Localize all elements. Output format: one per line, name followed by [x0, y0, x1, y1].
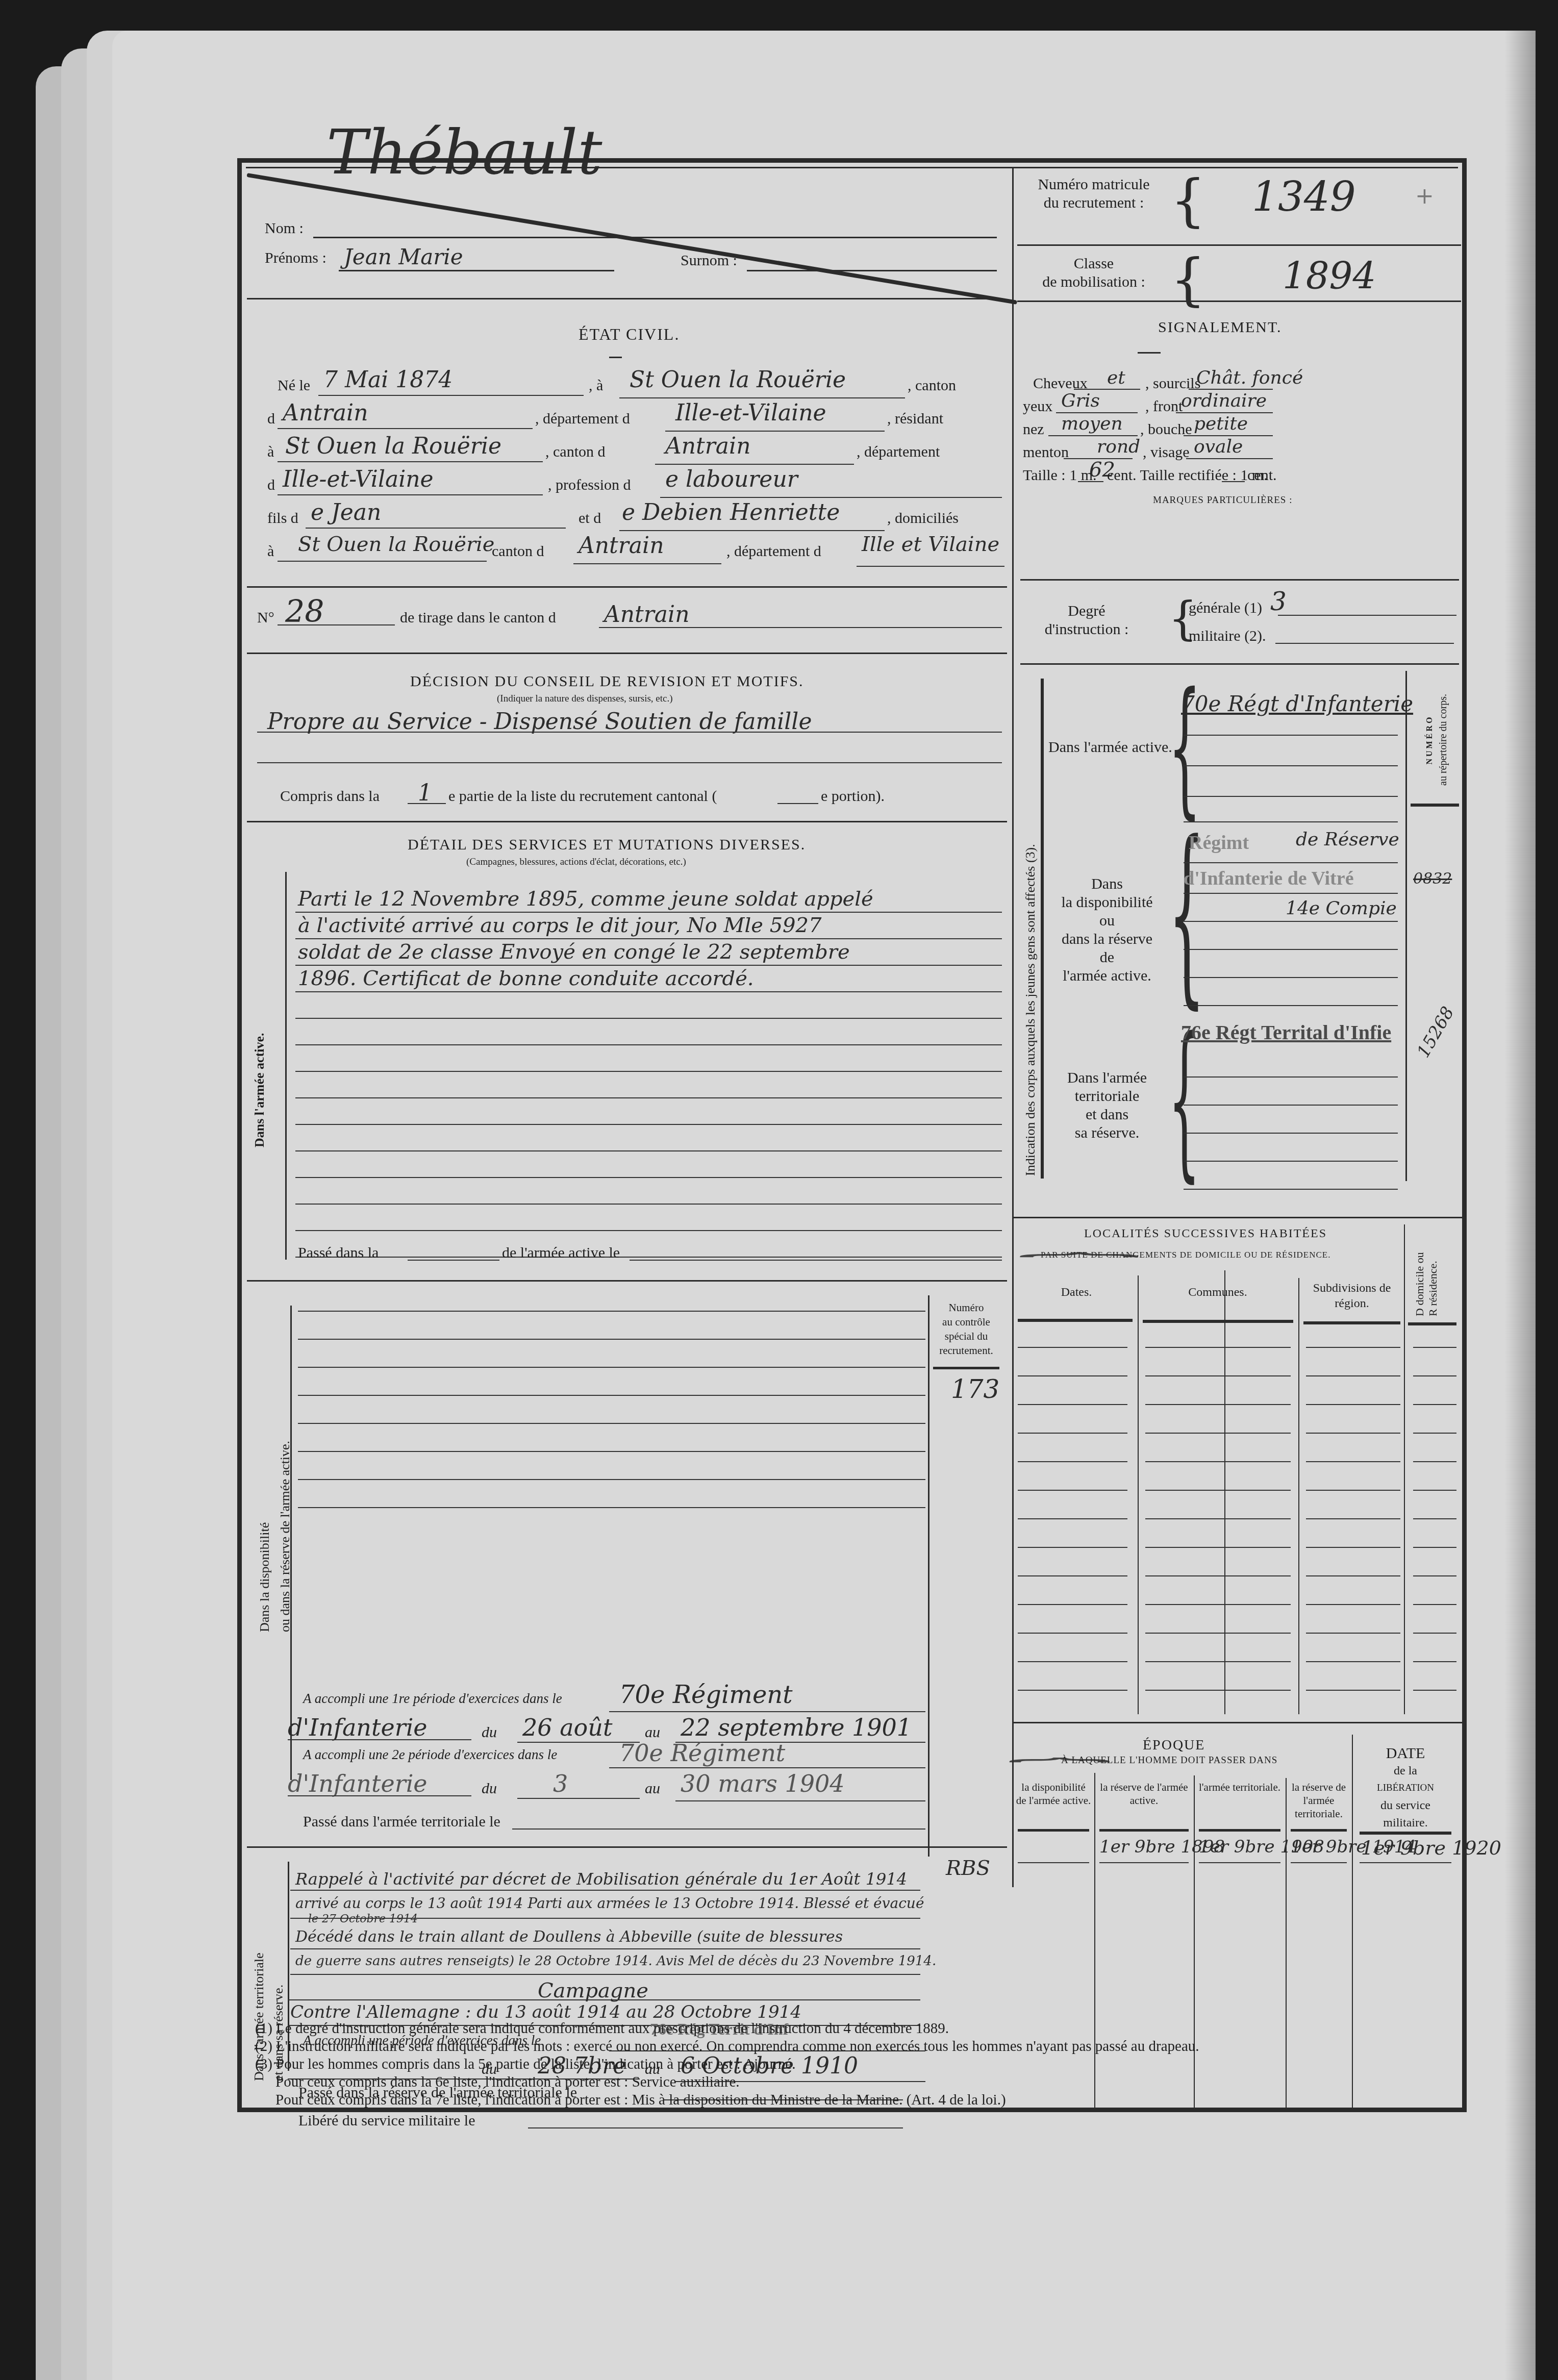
nom-label: Nom :: [265, 220, 304, 237]
dispo-stamp-2: d'Infanterie de Vitré: [1184, 867, 1354, 890]
table-row-line: [1018, 1690, 1127, 1691]
decision-value: Propre au Service - Dispensé Soutien de …: [267, 709, 812, 735]
table-row-line: [1413, 1433, 1456, 1434]
footnote: Pour ceux compris dans la 6e liste, l'in…: [275, 2074, 740, 2091]
dispo-numero: 0832: [1413, 870, 1452, 888]
dispo-label: Dans la disponibilité ou dans la réserve…: [1046, 875, 1168, 985]
table-row-line: [1145, 1661, 1291, 1662]
col-subdivisions: Subdivisions de région.: [1301, 1281, 1403, 1311]
services-title: DÉTAIL DES SERVICES ET MUTATIONS DIVERSE…: [408, 836, 806, 854]
table-row-line: [1145, 1490, 1291, 1491]
service-line: Parti le 12 Novembre 1895, comme jeune s…: [298, 887, 873, 911]
table-row-line: [1306, 1461, 1400, 1462]
table-row-line: [1306, 1633, 1400, 1634]
table-row-line: [1145, 1375, 1291, 1376]
table-row-line: [1145, 1547, 1291, 1548]
table-row-line: [1413, 1575, 1456, 1576]
periode1-regiment: 70e Régiment: [619, 1681, 793, 1709]
table-row-line: [1306, 1433, 1400, 1434]
table-row-line: [1145, 1633, 1291, 1634]
territoriale-mark: RBS: [946, 1857, 990, 1880]
periode2-du: 3: [553, 1770, 568, 1797]
marques-label: MARQUES PARTICULIÈRES :: [1153, 495, 1292, 506]
numero-controle-label: Numéro au contrôle spécial du recrutemen…: [931, 1300, 1002, 1358]
table-row-line: [1413, 1633, 1456, 1634]
table-row-line: [1018, 1518, 1127, 1519]
localites-title: LOCALITÉS SUCCESSIVES HABITÉES: [1084, 1227, 1327, 1241]
compris-partie: 1: [418, 780, 432, 806]
footnote: (3) Pour les hommes compris dans la 5e p…: [255, 2056, 795, 2073]
table-row-line: [1413, 1604, 1456, 1605]
liberation-value: 1er 9bre 1920: [1361, 1837, 1501, 1859]
territoriale-line: le 27 Octobre 1914: [308, 1913, 418, 1925]
dispo-value-1: de Réserve: [1296, 829, 1399, 850]
active-label: Dans l'armée active.: [1048, 739, 1172, 756]
dr-label: D domicile ou R résidence.: [1413, 1252, 1440, 1316]
footnote: (1) Le degré d'instruction générale sera…: [255, 2020, 949, 2037]
date-naissance: 7 Mai 1874: [323, 367, 453, 393]
territoriale-line: Décédé dans le train allant de Doullens …: [295, 1928, 843, 1946]
corps-active-value: 70e Régt d'Infanterie: [1181, 691, 1413, 716]
services-side-label: Dans l'armée active.: [252, 1033, 267, 1147]
instruction-generale-value: 3: [1270, 587, 1287, 616]
etat-civil-title: ÉTAT CIVIL.: [579, 325, 680, 344]
footnote: (2) L'instruction militaire sera indiqué…: [255, 2038, 1199, 2055]
table-row-line: [1145, 1347, 1291, 1348]
nez-value: moyen: [1061, 413, 1123, 434]
classe-value: 1894: [1283, 255, 1376, 297]
terr-label: Dans l'armée territoriale et dans sa rés…: [1046, 1069, 1168, 1142]
table-row-line: [1018, 1461, 1127, 1462]
table-row-line: [1018, 1633, 1127, 1634]
campagne-value: Contre l'Allemagne : du 13 août 1914 au …: [290, 2002, 801, 2022]
instruction-label: Degré: [1036, 602, 1138, 620]
yeux-value: Gris: [1061, 390, 1100, 411]
territoriale-line: Rappelé à l'activité par décret de Mobil…: [295, 1869, 907, 1889]
numero-controle-value: 173: [951, 1374, 999, 1404]
periode2-regiment: 70e Régiment: [619, 1739, 785, 1767]
domicile-value: St Ouen la Rouërie: [298, 533, 494, 556]
table-row-line: [1413, 1518, 1456, 1519]
table-row-line: [1145, 1604, 1291, 1605]
cancellation-stroke: [246, 173, 1017, 305]
liberation-header: DATE de la LIBÉRATION du service militai…: [1354, 1745, 1456, 1832]
canton-naissance: Antrain: [283, 400, 368, 426]
periode2-au: 30 mars 1904: [681, 1770, 844, 1797]
table-row-line: [1306, 1690, 1400, 1691]
front-value: ordinaire: [1181, 390, 1267, 411]
departement-naissance: Ille-et-Vilaine: [675, 400, 826, 426]
periode1-du: 26 août: [522, 1714, 612, 1741]
table-row-line: [1145, 1575, 1291, 1576]
dispo-stamp-1: Régimt: [1189, 832, 1249, 854]
mere-value: e Debien Henriette: [622, 499, 840, 525]
prenoms-label: Prénoms :: [265, 249, 326, 267]
bouche-value: petite: [1194, 413, 1248, 434]
table-row-line: [1413, 1404, 1456, 1405]
table-row-line: [1306, 1547, 1400, 1548]
cheveux-value: et: [1107, 367, 1125, 388]
table-row-line: [1413, 1347, 1456, 1348]
table-row-line: [1018, 1347, 1127, 1348]
matricule-label: Numéro matricule: [1027, 176, 1160, 194]
table-row-line: [1413, 1375, 1456, 1376]
table-row-line: [1145, 1690, 1291, 1691]
profession-value: e laboureur: [665, 466, 798, 492]
corps-side-label: Indication des corps auxquels les jeunes…: [1023, 844, 1038, 1176]
col-dates: Dates.: [1018, 1286, 1135, 1299]
table-row-line: [1306, 1347, 1400, 1348]
table-row-line: [1413, 1490, 1456, 1491]
disponibilite-side-label: Dans la disponibilité ou dans la réserve…: [255, 1441, 295, 1632]
lieu-naissance: St Ouen la Rouërie: [630, 367, 846, 393]
table-row-line: [1018, 1661, 1127, 1662]
table-row-line: [1145, 1404, 1291, 1405]
epoque-col-header: la réserve de l'armée territoriale.: [1288, 1781, 1349, 1820]
canton-domicile: Antrain: [579, 533, 664, 559]
prenoms-value: Jean Marie: [344, 244, 463, 269]
signalement-title: SIGNALEMENT.: [1158, 319, 1282, 336]
menton-value: rond: [1097, 436, 1140, 457]
table-row-line: [1145, 1433, 1291, 1434]
classe-label: Classe: [1027, 255, 1160, 273]
decision-title: DÉCISION DU CONSEIL DE REVISION ET MOTIF…: [410, 673, 804, 690]
visage-value: ovale: [1194, 436, 1243, 457]
pere-value: e Jean: [311, 499, 381, 525]
table-row-line: [1413, 1690, 1456, 1691]
epoque-title: ÉPOQUE: [1143, 1737, 1205, 1753]
epoque-col-header: la disponibilité de l'armée active.: [1015, 1781, 1092, 1807]
matricule-value: 1349: [1252, 173, 1356, 220]
table-row-line: [1145, 1518, 1291, 1519]
epoque-col-header: l'armée territoriale.: [1196, 1781, 1283, 1794]
departement-domicile: Ille et Vilaine: [862, 533, 999, 556]
table-row-line: [1413, 1661, 1456, 1662]
matricule-mark: +: [1415, 183, 1434, 209]
table-row-line: [1306, 1575, 1400, 1576]
periode1-au: 22 septembre 1901: [681, 1714, 912, 1741]
table-row-line: [1018, 1490, 1127, 1491]
service-line: soldat de 2e classe Envoyé en congé le 2…: [298, 940, 850, 964]
table-row-line: [1018, 1375, 1127, 1376]
table-row-line: [1145, 1461, 1291, 1462]
footnote: Pour ceux compris dans la 7e liste, l'in…: [275, 2092, 1006, 2109]
table-row-line: [1018, 1404, 1127, 1405]
canton-residence: Antrain: [665, 433, 750, 459]
table-row-line: [1018, 1604, 1127, 1605]
territoriale-line: arrivé au corps le 13 août 1914 Parti au…: [295, 1895, 924, 1912]
service-line: à l'activité arrivé au corps le dit jour…: [298, 914, 821, 937]
military-record-form: Nom : Prénoms : Jean Marie Surnom : Numé…: [237, 158, 1467, 2112]
table-row-line: [1018, 1433, 1127, 1434]
epoque-col-header: la réserve de l'armée active.: [1097, 1781, 1191, 1807]
table-row-line: [1018, 1547, 1127, 1548]
sourcils-value: Chât. foncé: [1196, 367, 1303, 388]
lieu-residence: St Ouen la Rouërie: [285, 433, 501, 459]
table-row-line: [1413, 1547, 1456, 1548]
table-row-line: [1306, 1404, 1400, 1405]
table-row-line: [1306, 1604, 1400, 1605]
departement-residence: Ille-et-Vilaine: [283, 466, 434, 492]
dispo-value-2: 14e Compie: [1286, 898, 1397, 919]
table-row-line: [1306, 1490, 1400, 1491]
service-line: 1896. Certificat de bonne conduite accor…: [298, 967, 754, 990]
territoriale-line: de guerre sans autres renseigts) le 28 O…: [295, 1953, 936, 1969]
table-row-line: [1018, 1575, 1127, 1576]
table-row-line: [1306, 1518, 1400, 1519]
col-communes: Communes.: [1139, 1286, 1297, 1299]
table-row-line: [1306, 1375, 1400, 1376]
tirage-canton: Antrain: [604, 602, 689, 628]
table-row-line: [1413, 1461, 1456, 1462]
table-row-line: [1306, 1661, 1400, 1662]
terr-stamp: 76e Régt Territal d'Infie: [1181, 1020, 1391, 1044]
numero-repertoire-label: NUMÉRO au répertoire du corps.: [1423, 694, 1450, 786]
